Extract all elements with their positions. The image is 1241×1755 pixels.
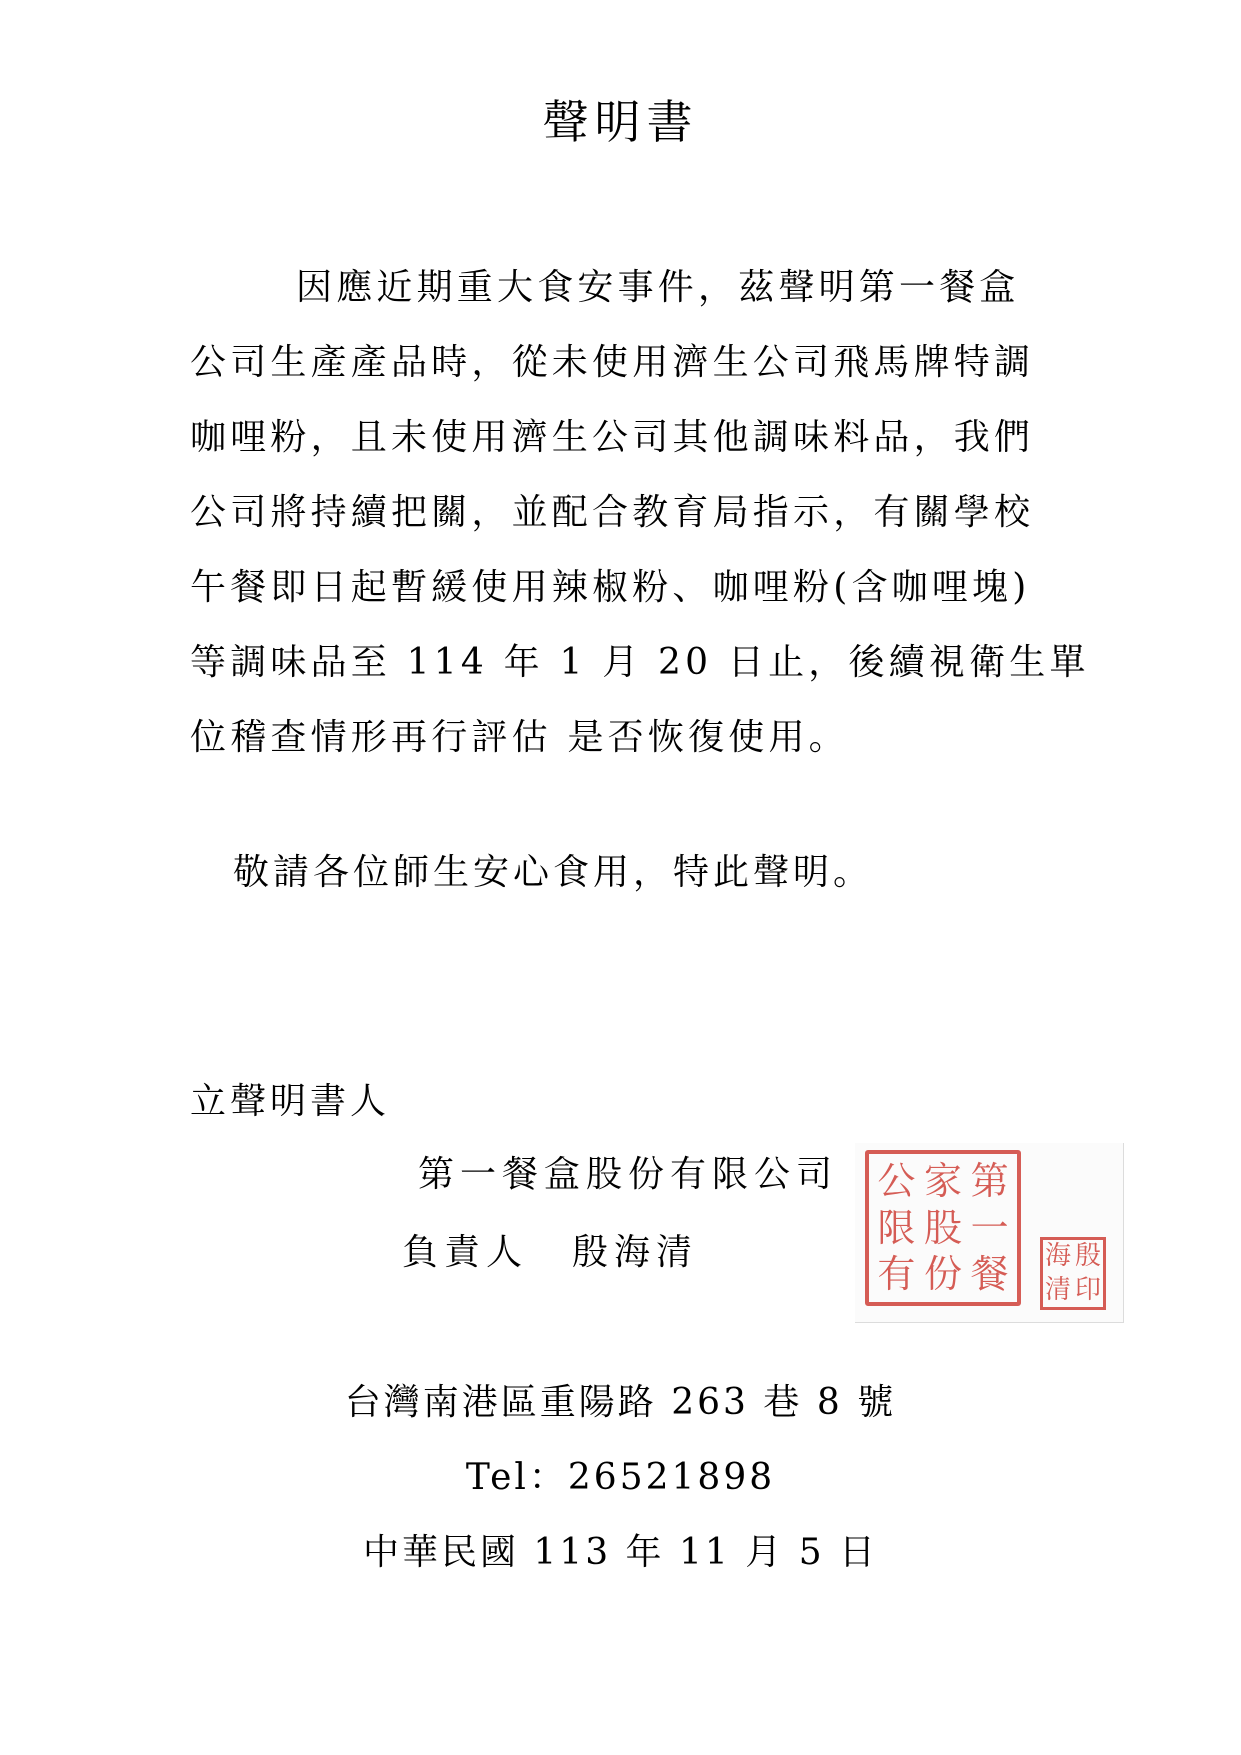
body-line: 等調味品至 114 年 1 月 20 日止，後續視衛生單 <box>190 625 1060 700</box>
seal-char: 第 <box>966 1158 1013 1205</box>
seal-char: 家 <box>920 1158 967 1205</box>
body-line: 公司生產產品時，從未使用濟生公司飛馬牌特調 <box>190 325 1060 400</box>
seal-char: 印 <box>1073 1274 1103 1308</box>
body-line: 午餐即日起暫緩使用辣椒粉、咖哩粉(含咖哩塊) <box>190 550 1060 625</box>
representative-label: 負責人 <box>402 1232 528 1273</box>
seal-char: 一 <box>966 1205 1013 1252</box>
company-seal-icon: 公 家 第 限 股 一 有 份 餐 <box>865 1150 1021 1306</box>
signer-label: 立聲明書人 <box>190 1077 390 1127</box>
seal-char: 餐 <box>966 1251 1013 1298</box>
seal-char: 公 <box>873 1158 920 1205</box>
body-line: 咖哩粉，且未使用濟生公司其他調味料品，我們 <box>190 400 1060 475</box>
body-line: 位稽查情形再行評估 是否恢復使用。 <box>190 700 1060 775</box>
document-title: 聲明書 <box>0 92 1241 152</box>
document-date: 中華民國 113 年 11 月 5 日 <box>0 1528 1241 1578</box>
seal-char: 有 <box>873 1251 920 1298</box>
company-name: 第一餐盒股份有限公司 <box>418 1150 838 1200</box>
representative-name: 殷海清 <box>572 1232 698 1273</box>
seal-char: 限 <box>873 1205 920 1252</box>
personal-seal-icon: 海 殷 清 印 <box>1040 1237 1106 1310</box>
seal-image: 公 家 第 限 股 一 有 份 餐 海 殷 清 印 <box>855 1143 1124 1323</box>
body-line: 因應近期重大食安事件，茲聲明第一餐盒 <box>190 250 1060 325</box>
company-address: 台灣南港區重陽路 263 巷 8 號 <box>0 1378 1241 1428</box>
company-phone: Tel：26521898 <box>0 1453 1241 1503</box>
seal-char: 份 <box>920 1251 967 1298</box>
closing-statement: 敬請各位師生安心食用，特此聲明。 <box>233 848 873 898</box>
representative: 負責人殷海清 <box>402 1228 698 1278</box>
seal-char: 股 <box>920 1205 967 1252</box>
body-line: 公司將持續把關，並配合教育局指示，有關學校 <box>190 475 1060 550</box>
seal-char: 殷 <box>1073 1240 1103 1274</box>
statement-body: 因應近期重大食安事件，茲聲明第一餐盒 公司生產產品時，從未使用濟生公司飛馬牌特調… <box>190 250 1060 775</box>
seal-char: 清 <box>1043 1274 1073 1308</box>
seal-char: 海 <box>1043 1240 1073 1274</box>
